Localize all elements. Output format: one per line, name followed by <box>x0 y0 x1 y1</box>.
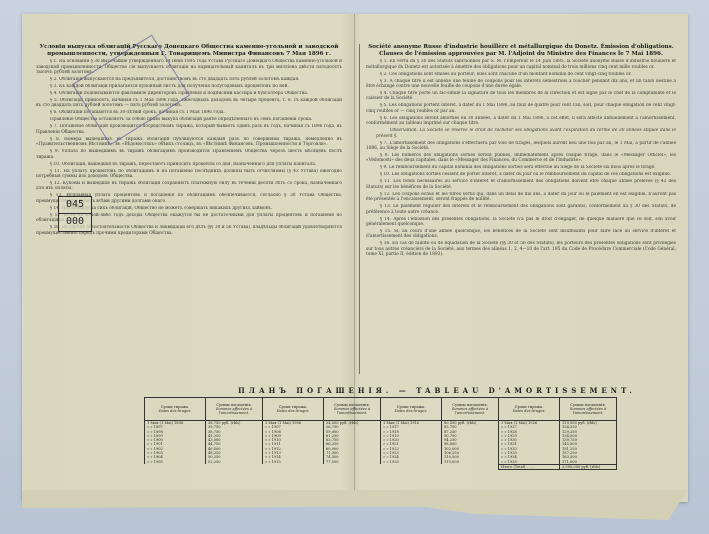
clause-paragraph: § 9. Уплата по вышедшимъ въ тиражъ облиг… <box>36 149 342 160</box>
amortization-plan-title: ПЛАНЪ ПОГАШЕНІЯ. — TABLEAU D'AMORTISSEME… <box>202 386 672 395</box>
header-draw-dates: Сроки тиража.Dates des tirages. <box>499 398 560 421</box>
clause-paragraph: § 7. L'amortissement des obligations s'e… <box>366 141 676 152</box>
french-terms-column: Société anonyme Russe d'industrie houill… <box>366 44 676 259</box>
french-title: Société anonyme Russe d'industrie houill… <box>366 44 676 57</box>
total-spacer <box>145 464 499 469</box>
clause-paragraph: § 2. Ces obligations sont émises au port… <box>366 72 676 77</box>
clause-paragraph: § 12. Купоны и вышедшія въ тиражъ облига… <box>36 181 342 192</box>
header-amortization-amounts: Суммы погашенія.Sommes affectées à l'amo… <box>560 398 617 421</box>
header-draw-dates: Сроки тиража.Dates des tirages. <box>145 398 206 421</box>
clause-paragraph: § 11. На уплату процентовъ по облигаціям… <box>36 169 342 180</box>
clause-paragraph: § 6. Облигаціи погашаются въ 30-лѣтній с… <box>36 110 342 115</box>
clause-paragraph: § 15. Si, au cours d'une année quelconqu… <box>366 229 676 240</box>
clause-paragraph: § 12. Les coupons échus et les titres so… <box>366 192 676 203</box>
clause-paragraph: § 3. A chaque titre il est annexé une fe… <box>366 79 676 90</box>
header-draw-dates: Сроки тиража.Dates des tirages. <box>263 398 324 421</box>
header-draw-dates: Сроки тиража.Dates des tirages. <box>381 398 442 421</box>
column-divider <box>359 44 360 374</box>
stamp-number-bottom: 000 <box>59 213 91 230</box>
clause-paragraph: § 8. Les numéros des obligations sorties… <box>366 153 676 164</box>
amortization-table: Сроки тиража.Dates des tirages.Суммы пог… <box>144 397 617 470</box>
russian-title: Условія выпуска облигацій Русскаго Донец… <box>36 44 342 57</box>
stamp-number-top: 045 <box>59 197 91 213</box>
clause-paragraph: Правленіе Общества оставляетъ за собою п… <box>36 117 342 122</box>
total-value: 3,500,000 руб. (rbls) <box>560 464 617 469</box>
header-amortization-amounts: Суммы погашенія.Sommes affectées à l'amo… <box>324 398 381 421</box>
printer-note: Экспедиція заготовленія государственныхъ… <box>332 496 436 500</box>
serial-number-stamp: 045 000 <box>58 196 92 232</box>
clause-paragraph: § 10. Les obligations sorties cessent de… <box>366 172 676 177</box>
clause-paragraph: § 5. Les obligations portent intérêt, à … <box>366 103 676 114</box>
clause-paragraph: § 10. Облигаціи, вышедшія въ тиражъ, пер… <box>36 162 342 167</box>
bond-document-sheet: Условія выпуска облигацій Русскаго Донец… <box>22 14 688 502</box>
clause-paragraph: § 14. Après l'émission des présentes obl… <box>366 217 676 228</box>
clause-paragraph: Observation. La Société se réserve le dr… <box>376 128 676 139</box>
clause-paragraph: § 16. En cas de faillite ou de liquidati… <box>366 241 676 257</box>
clause-paragraph: § 1. En vertu du § 30 des Statuts sancti… <box>366 59 676 70</box>
french-paragraphs: § 1. En vertu du § 30 des Statuts sancti… <box>366 59 676 258</box>
clause-paragraph: § 6. Les obligations seront amorties en … <box>366 116 676 127</box>
header-amortization-amounts: Суммы погашенія.Sommes affectées à l'amo… <box>206 398 263 421</box>
total-row: Итого (Total) . . . .3,500,000 руб. (rbl… <box>145 464 617 469</box>
clause-paragraph: § 13. Le paiement régulier des intérêts … <box>366 204 676 215</box>
clause-paragraph: § 7. Погашеніе облигацій производится по… <box>36 124 342 135</box>
clause-paragraph: § 4. Chaque titre porte un fac-similé la… <box>366 91 676 102</box>
clause-paragraph: § 11. Les fonds nécessaires au service d… <box>366 179 676 190</box>
clause-paragraph: § 9. Le remboursement du capital nominal… <box>366 165 676 170</box>
clause-paragraph: § 8. Номера вышедшихъ въ тиражъ облигаці… <box>36 137 342 148</box>
clause-paragraph: § 1. На основаніи § 30 Высочайше утвержд… <box>36 59 342 75</box>
header-amortization-amounts: Суммы погашенія.Sommes affectées à l'amo… <box>442 398 499 421</box>
total-label: Итого (Total) . . . . <box>499 464 560 469</box>
